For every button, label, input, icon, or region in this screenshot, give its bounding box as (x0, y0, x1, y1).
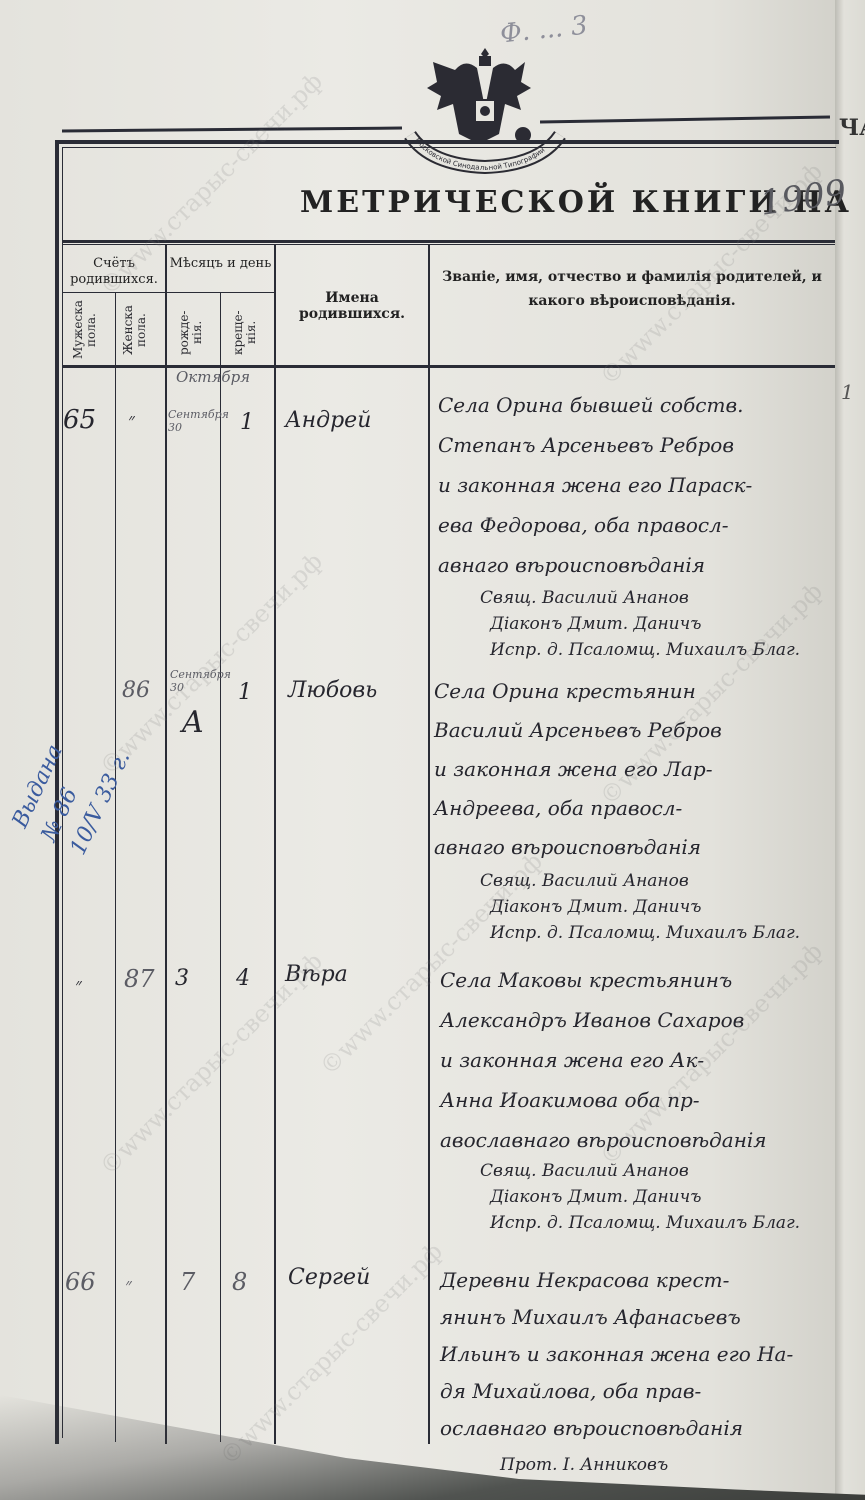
female-number: 87 (124, 965, 155, 993)
col-divider-male-female (115, 292, 116, 1442)
baptism-date: 4 (236, 966, 250, 991)
birth-date: 3 (175, 966, 189, 991)
parents-line: Андреева, оба правосл- (434, 789, 722, 828)
clergy-text: Свящ. Василий Ананов Діаконъ Дмит. Данич… (480, 585, 800, 663)
col-header-count-born: Счётъ родившихся. (64, 256, 164, 288)
clergy-line: Испр. д. Псаломщ. Михаилъ Благ. (490, 1210, 800, 1236)
parents-text: Села Орина крестьянин Василий Арсеньевъ … (434, 672, 722, 867)
col-divider-names-parents (428, 244, 430, 1444)
birth-date: 7 (180, 1268, 195, 1296)
col-header-baptism: креще-нія. (232, 305, 268, 360)
baptism-date: 1 (238, 680, 252, 705)
parents-line: ославнаго вѣроисповѣданія (440, 1410, 793, 1447)
col-header-names-born: Имена родившихся. (278, 290, 426, 322)
clergy-text: Свящ. Василий Ананов Діаконъ Дмит. Данич… (480, 868, 800, 946)
next-page-title-fragment: ЧА (839, 115, 865, 141)
next-page-handwriting: 1 (841, 380, 854, 404)
clergy-line: Діаконъ Дмит. Даничъ (490, 611, 800, 637)
parents-line: Василий Арсеньевъ Ребров (434, 711, 722, 750)
female-number: ״ (128, 410, 135, 431)
parents-line: Анна Иоакимова оба пр- (440, 1080, 767, 1120)
col-header-parents: Званіе, имя, отчество и фамилія родителе… (432, 265, 832, 313)
parents-line: Степанъ Арсеньевъ Ребров (438, 425, 752, 465)
parents-line: ева Федорова, оба правосл- (438, 505, 752, 545)
parents-line: Ильинъ и законная жена его На- (440, 1336, 793, 1373)
child-name: Сергей (288, 1265, 370, 1290)
table-top-rule-inner (62, 244, 835, 245)
next-page-edge: ЧА 1 (835, 0, 865, 1500)
parents-text: Села Орина бывшей собств. Степанъ Арсень… (438, 385, 752, 585)
parents-line: дя Михайлова, оба прав- (440, 1373, 793, 1410)
signature-line: Прот. І. Анниковъ (500, 1447, 793, 1484)
approval-mark: A (182, 705, 204, 740)
female-number: ״ (125, 1275, 132, 1296)
birth-date: Сентября 30 (168, 408, 223, 434)
child-name: Вѣра (285, 962, 348, 987)
parents-line: Села Орина крестьянин (434, 672, 722, 711)
subheader-rule (62, 292, 274, 293)
child-name: Андрей (285, 408, 371, 433)
female-number: 86 (122, 678, 150, 703)
parents-line: и законная жена его Лар- (434, 750, 722, 789)
table-top-rule (62, 240, 835, 243)
col-header-male: Мужеска пола. (72, 300, 112, 360)
col-divider-birth-baptism (220, 292, 221, 1442)
clergy-line: Испр. д. Псаломщ. Михаилъ Благ. (490, 920, 800, 946)
parents-line: и законная жена его Ак- (440, 1040, 767, 1080)
parents-line: авославнаго вѣроисповѣданія (440, 1120, 767, 1160)
col-divider-count-date (165, 244, 167, 1444)
col-header-month-day: Мѣсяцъ и день (168, 256, 273, 272)
parents-text: Села Маковы крестьянинъ Александръ Ивано… (440, 960, 767, 1160)
parents-line: Александръ Иванов Сахаров (440, 1000, 767, 1040)
clergy-line: Свящ. Василий Ананов (480, 868, 800, 894)
parents-line: Села Маковы крестьянинъ (440, 960, 767, 1000)
parents-line: Деревни Некрасова крест- (440, 1262, 793, 1299)
clergy-line: Испр. д. Псаломщ. Михаилъ Благ. (490, 637, 800, 663)
parents-line: авнаго вѣроисповѣданія (434, 828, 722, 867)
parents-text: Деревни Некрасова крест- янинъ Михаилъ А… (440, 1262, 793, 1484)
child-name: Любовь (288, 678, 377, 703)
clergy-line: Свящ. Василий Ананов (480, 1158, 800, 1184)
col-header-female: Женска пола. (122, 300, 162, 360)
parents-line: авнаго вѣроисповѣданія (438, 545, 752, 585)
male-number: 65 (63, 405, 96, 435)
col-divider-date-names (274, 244, 276, 1444)
clergy-line: Діаконъ Дмит. Даничъ (490, 894, 800, 920)
male-number: 66 (65, 1268, 96, 1296)
col-header-birth: рожде-нія. (178, 305, 214, 360)
birth-month-header: Октября (176, 368, 250, 386)
baptism-date: 8 (232, 1268, 247, 1296)
clergy-line: Свящ. Василий Ананов (480, 585, 800, 611)
male-number: ״ (75, 975, 82, 996)
birth-date: Сентября 30 (170, 668, 220, 694)
parents-line: и законная жена его Параск- (438, 465, 752, 505)
clergy-text: Свящ. Василий Ананов Діаконъ Дмит. Данич… (480, 1158, 800, 1236)
clergy-line: Діаконъ Дмит. Даничъ (490, 1184, 800, 1210)
baptism-date: 1 (240, 410, 254, 435)
parents-line: Села Орина бывшей собств. (438, 385, 752, 425)
parents-line: янинъ Михаилъ Афанасьевъ (440, 1299, 793, 1336)
